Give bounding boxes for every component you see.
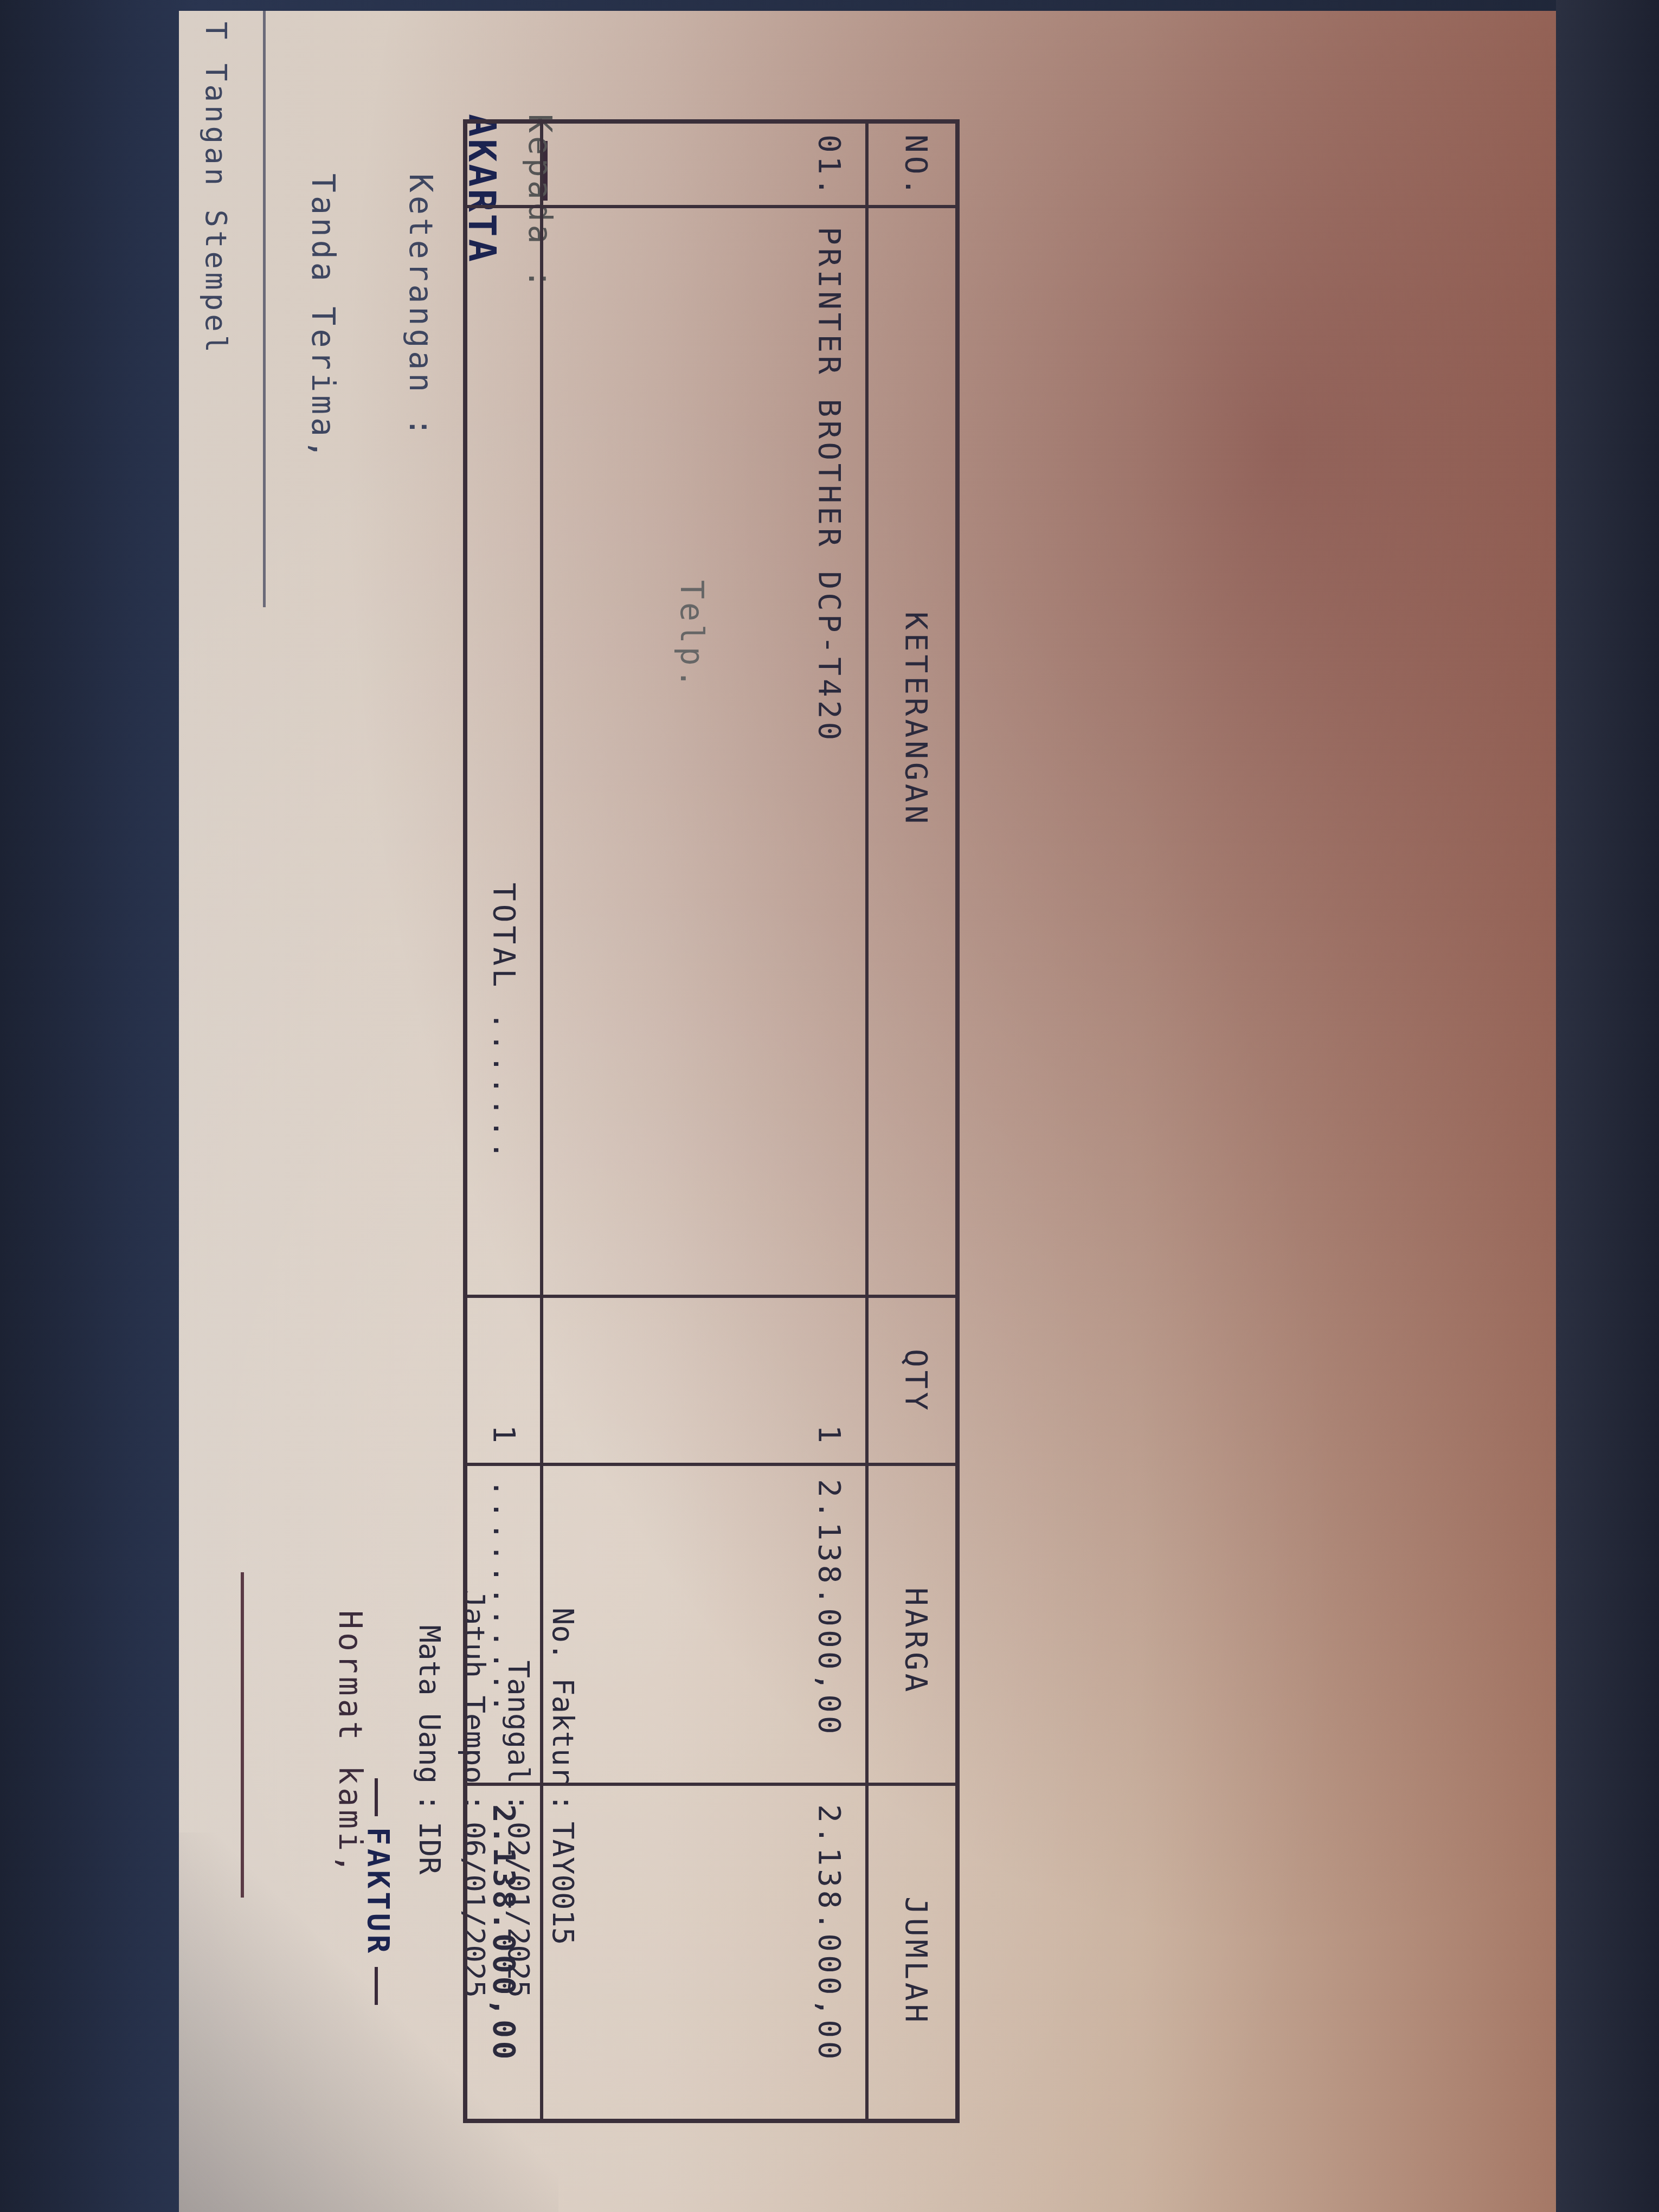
title-dash-left [375,1778,378,1816]
row-keterangan: PRINTER BROTHER DCP-T420 [812,227,847,743]
hormat-kami-label: Hormat kami, [332,1610,369,1876]
stempel-label: T Tangan Stempel [199,22,233,356]
tanda-terima-label: Tanda Terima, [305,173,342,462]
meta-sep: : [413,1784,447,1822]
header-no: NO. [898,134,934,199]
keterangan-label: Keterangan : [402,173,439,440]
total-qty: 1 [486,1425,522,1446]
row-no: 01. [812,134,847,199]
total-harga-dots: ........... [486,1479,522,1716]
items-table: NO. KETERANGAN QTY HARGA JUMLAH 01. PRIN… [463,119,960,2123]
header-row-divider [865,124,869,2119]
total-label: TOTAL ....... [486,883,522,1162]
row-harga: 2.138.000,00 [812,1479,847,1738]
monitor-screen: AKARTA Kepada : Telp. FAKTUR No. Faktur … [179,11,1556,2212]
header-harga: HARGA [898,1587,934,1695]
signature-line-right [241,1572,244,1898]
invoice-page: AKARTA Kepada : Telp. FAKTUR No. Faktur … [179,11,1556,2212]
monitor-bezel [1556,0,1659,2212]
total-row-divider [540,124,543,2119]
meta-value: IDR [413,1822,447,1875]
header-jumlah: JUMLAH [898,1896,934,2025]
meta-label: Mata Uang [413,1583,447,1784]
header-keterangan: KETERANGAN [898,612,934,827]
total-jumlah: 2.138.000,00 [486,1804,522,2063]
title-dash-right [375,1967,378,2005]
row-qty: 1 [812,1425,847,1446]
header-qty: QTY [898,1349,934,1413]
row-jumlah: 2.138.000,00 [812,1804,847,2063]
meta-mata-uang: Mata Uang : IDR [408,1583,452,1998]
signature-line-left [263,11,266,607]
